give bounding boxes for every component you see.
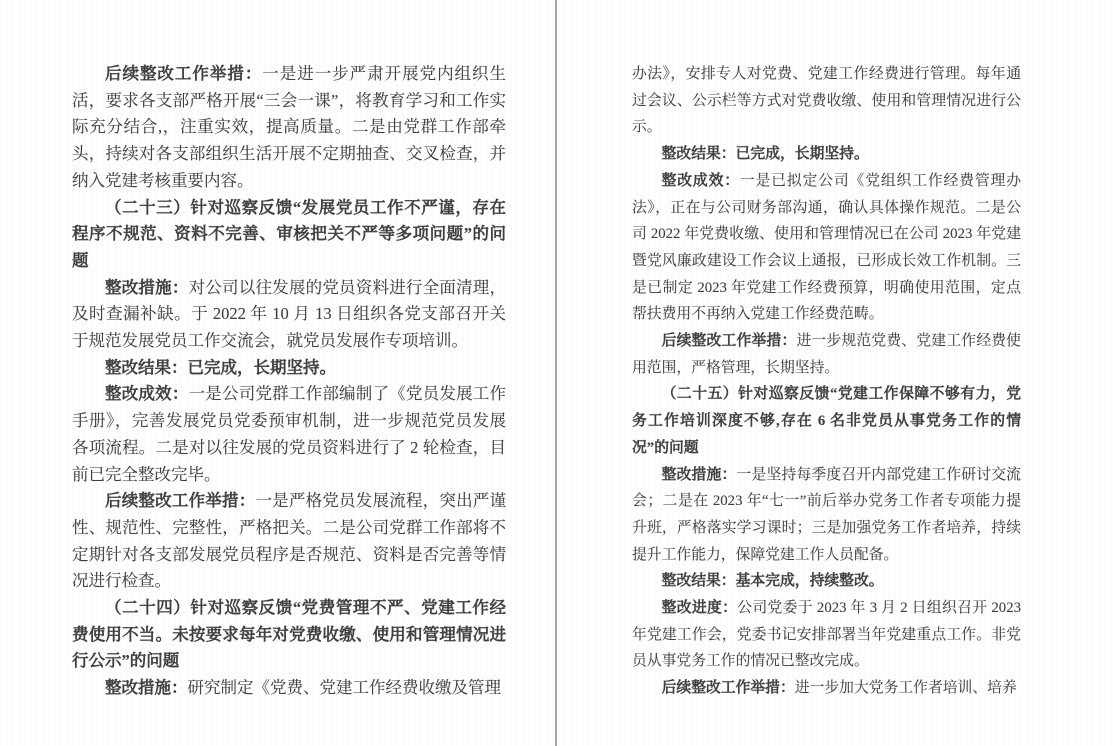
paragraph: 后续整改工作举措：进一步加大党务工作者培训、培养 (632, 675, 1021, 702)
paragraph-label: 整改措施： (105, 278, 189, 297)
paragraph-label: 整改措施： (105, 678, 188, 697)
paragraph: 整改措施：一是坚持每季度召开内部党建工作研讨交流会；二是在 2023 年“七一”… (632, 462, 1021, 569)
paragraph: 整改结果：基本完成，持续整改。 (632, 568, 1021, 595)
paragraph-label: 后续整改工作举措： (662, 680, 795, 696)
paragraph-label: 整改措施： (662, 467, 737, 483)
paragraph: 整改结果：已完成，长期坚持。 (632, 141, 1021, 168)
page-right: 办法》，安排专人对党费、党建工作经费进行管理。每年通过会议、公示栏等方式对党费收… (557, 0, 1113, 746)
paragraph-label: 整改结果： (105, 358, 188, 377)
paragraph-label: 整改结果： (662, 573, 736, 589)
paragraph: 整改措施：对公司以往发展的党员资料进行全面清理，及时查漏补缺。于 2022 年 … (72, 275, 506, 355)
paragraph-label: 后续整改工作举措： (105, 491, 255, 510)
paragraph-label: 整改成效： (662, 173, 740, 189)
section-heading: （二十三）针对巡察反馈“发展党员工作不严谨，存在程序不规范、资料不完善、审核把关… (72, 195, 506, 275)
paragraph-label: 整改成效： (105, 384, 189, 403)
paragraph: 整改成效：一是已拟定公司《党组织工作经费管理办法》，正在与公司财务部沟通，确认具… (632, 168, 1021, 328)
paragraph: 整改结果：已完成，长期坚持。 (72, 355, 506, 382)
paragraph: 后续整改工作举措：进一步规范党费、党建工作经费使用范围，严格管理，长期坚持。 (632, 328, 1021, 381)
paragraph-label: 整改结果： (662, 146, 736, 162)
section-heading: （二十四）针对巡察反馈“党费管理不严、党建工作经费使用不当。未按要求每年对党费收… (72, 595, 506, 675)
paragraph: 办法》，安排专人对党费、党建工作经费进行管理。每年通过会议、公示栏等方式对党费收… (632, 61, 1021, 141)
page-left: 后续整改工作举措：一是进一步严肃开展党内组织生活，要求各支部严格开展“三会一课”… (0, 0, 555, 746)
section-heading: （二十五）针对巡察反馈“党建工作保障不够有力，党务工作培训深度不够,存在 6 名… (632, 381, 1021, 461)
paragraph-label: 后续整改工作举措： (662, 333, 797, 349)
paragraph: 整改成效：一是公司党群工作部编制了《党员发展工作手册》，完善发展党员党委预审机制… (72, 381, 506, 488)
paragraph-label: 整改进度： (662, 600, 738, 616)
page-left-text: 后续整改工作举措：一是进一步严肃开展党内组织生活，要求各支部严格开展“三会一课”… (72, 61, 506, 702)
paragraph: 后续整改工作举措：一是严格党员发展流程，突出严谨性、规范性、完整性，严格把关。二… (72, 488, 506, 595)
paragraph: 整改措施：研究制定《党费、党建工作经费收缴及管理 (72, 675, 506, 702)
paragraph: 整改进度：公司党委于 2023 年 3 月 2 日组织召开 2023 年党建工作… (632, 595, 1021, 675)
paragraph: 后续整改工作举措：一是进一步严肃开展党内组织生活，要求各支部严格开展“三会一课”… (72, 61, 506, 195)
paragraph-label: 后续整改工作举措： (105, 64, 262, 83)
page-right-text: 办法》，安排专人对党费、党建工作经费进行管理。每年通过会议、公示栏等方式对党费收… (632, 61, 1021, 702)
document-spread: 后续整改工作举措：一是进一步严肃开展党内组织生活，要求各支部严格开展“三会一课”… (0, 0, 1113, 746)
